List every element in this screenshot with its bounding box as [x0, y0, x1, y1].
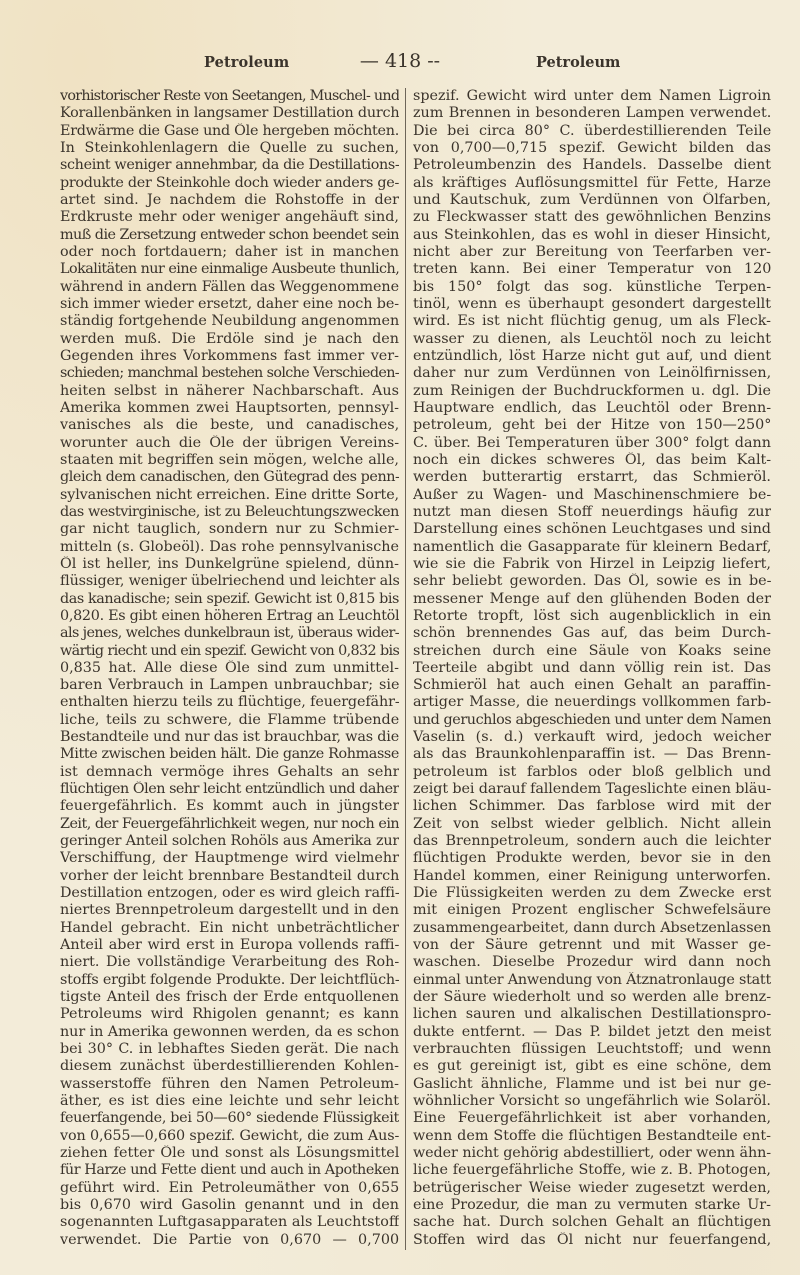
text-line: Petroleumbenzin des Handels. Dasselbe di…: [413, 157, 771, 174]
text-line: liche feuergefährliche Stoffe, wie z. B.…: [413, 1162, 771, 1179]
text-line: nicht aber zur Bereitung von Teerfarben …: [413, 244, 771, 261]
text-line: von der Säure getrennt und mit Wasser ge…: [413, 937, 771, 954]
text-line: sehr beliebt geworden. Das Öl, sowie es …: [413, 573, 771, 590]
text-line: betrügerischer Weise wieder zugesetzt we…: [413, 1180, 771, 1197]
text-line: der Säure wiederholt und so werden alle …: [413, 989, 771, 1006]
page-number: — 418 --: [340, 50, 460, 72]
text-line: flüchtigen Produkte werden, bevor sie in…: [413, 850, 771, 867]
text-line: das Brennpetroleum, sondern auch die lei…: [413, 833, 771, 850]
text-line: Gegenden ihres Vorkommens fast immer ver…: [60, 348, 399, 365]
text-line: zum Brennen in besonderen Lampen verwend…: [413, 105, 771, 122]
text-line: Darstellung eines schönen Leuchtgases un…: [413, 521, 771, 538]
text-line: oder noch fortdauern; daher ist in manch…: [60, 244, 399, 261]
text-line: mit einigen Prozent englischer Schwefels…: [413, 902, 771, 919]
text-line: ständig fortgehende Neubildung angenomme…: [60, 313, 399, 330]
text-line: Petroleums wird Rhigolen genannt; es kan…: [60, 1006, 399, 1023]
text-line: tigste Anteil des frisch der Erde entquo…: [60, 989, 399, 1006]
text-line: weder nicht gehörig abdestilliert, oder …: [413, 1145, 771, 1162]
text-line: treten kann. Bei einer Temperatur von 12…: [413, 261, 771, 278]
text-line: das kanadische; sein spezif. Gewicht ist…: [60, 591, 399, 608]
text-line: bei 30° C. in lebhaftes Sieden gerät. Di…: [60, 1041, 399, 1058]
text-line: streichen durch eine Säule von Koaks sei…: [413, 643, 771, 660]
text-line: gar nicht tauglich, sondern nur zu Schmi…: [60, 521, 399, 538]
text-line: Mitte zwischen beiden hält. Die ganze Ro…: [60, 746, 399, 763]
text-line: als das Braunkohlenparaffin ist. — Das B…: [413, 746, 771, 763]
text-line: als jenes, welches dunkelbraun ist, über…: [60, 625, 399, 642]
text-line: waschen. Dieselbe Prozedur wird dann noc…: [413, 954, 771, 971]
right-text-column: spezif. Gewicht wird unter dem Namen Lig…: [413, 88, 771, 1249]
text-line: sylvanischen nicht erreichen. Eine dritt…: [60, 487, 399, 504]
text-line: messener Menge auf den glühenden Boden d…: [413, 591, 771, 608]
text-line: geringer Anteil solchen Rohöls aus Ameri…: [60, 833, 399, 850]
text-line: 0,835 hat. Alle diese Öle sind zum unmit…: [60, 660, 399, 677]
text-line: aus Steinkohlen, das es wohl in dieser H…: [413, 227, 771, 244]
text-line: Die Flüssigkeiten werden zu dem Zwecke e…: [413, 885, 771, 902]
text-line: werden butterartig erstarrt, das Schmier…: [413, 469, 771, 486]
text-line: vorhistorischer Reste von Seetangen, Mus…: [60, 88, 399, 105]
text-line: lichen sauren und alkalischen Destillati…: [413, 1006, 771, 1023]
text-line: lichen Schimmer. Das farblose wird mit d…: [413, 798, 771, 815]
text-line: Handel gebracht. Ein nicht unbeträchtlic…: [60, 920, 399, 937]
text-line: noch ein dickes schweres Öl, das beim Ka…: [413, 452, 771, 469]
text-line: niertes Brennpetroleum dargestellt und i…: [60, 902, 399, 919]
text-line: feuerfangende, bei 50—60° siedende Flüss…: [60, 1110, 399, 1127]
text-line: es gut gereinigt ist, gibt es eine schön…: [413, 1058, 771, 1075]
text-line: C. über. Bei Temperaturen über 300° folg…: [413, 435, 771, 452]
text-line: baren Verbrauch in Lampen unbrauchbar; s…: [60, 677, 399, 694]
text-line: Öl ist heller, ins Dunkelgrüne spielend,…: [60, 556, 399, 573]
text-line: Außer zu Wagen- und Maschinenschmiere be…: [413, 487, 771, 504]
text-line: wird. Es ist nicht flüchtig genug, um al…: [413, 313, 771, 330]
text-line: zusammengearbeitet, dann durch Absetzenl…: [413, 920, 771, 937]
text-line: Schmieröl hat auch einen Gehalt an paraf…: [413, 677, 771, 694]
text-line: In Steinkohlenlagern die Quelle zu suche…: [60, 140, 399, 157]
text-line: wie sie die Fabrik von Hirzel in Leipzig…: [413, 556, 771, 573]
text-line: diesem zunächst überdestillierenden Kohl…: [60, 1058, 399, 1075]
text-line: Die bei circa 80° C. überdestillierenden…: [413, 123, 771, 140]
text-line: flüssiger, weniger übelriechend und leic…: [60, 573, 399, 590]
text-line: Zeit, der Feuergefährlichkeit wegen, nur…: [60, 816, 399, 833]
text-line: spezif. Gewicht wird unter dem Namen Lig…: [413, 88, 771, 105]
text-line: wöhnlicher Vorsicht so ungefährlich wie …: [413, 1093, 771, 1110]
text-line: entzündlich, löst Harze nicht gut auf, u…: [413, 348, 771, 365]
text-line: muß die Zersetzung entweder schon beende…: [60, 227, 399, 244]
text-line: mitteln (s. Globeöl). Das rohe pennsylva…: [60, 539, 399, 556]
text-line: dukte entfernt. — Das P. bildet jetzt de…: [413, 1024, 771, 1041]
text-line: und geruchlos abgeschieden und unter dem…: [413, 712, 771, 729]
text-line: namentlich die Gasapparate für kleinern …: [413, 539, 771, 556]
text-line: worunter auch die Öle der übrigen Verein…: [60, 435, 399, 452]
text-line: niert. Die vollständige Verarbeitung des…: [60, 954, 399, 971]
text-line: schieden; manchmal bestehen solche Versc…: [60, 365, 399, 382]
text-line: daher nur zum Verdünnen von Leinölfirnis…: [413, 365, 771, 382]
text-line: flüchtigen Ölen sehr leicht entzündlich …: [60, 781, 399, 798]
text-line: vorher der leicht brennbare Bestandteil …: [60, 868, 399, 885]
text-line: für Harze und Fette dient und auch in Ap…: [60, 1162, 399, 1179]
text-line: Anteil aber wird erst in Europa vollends…: [60, 937, 399, 954]
text-line: Eine Feuergefährlichkeit ist aber vorhan…: [413, 1110, 771, 1127]
text-line: von 0,655—0,660 spezif. Gewicht, die zum…: [60, 1128, 399, 1145]
text-line: 0,820. Es gibt einen höheren Ertrag an L…: [60, 608, 399, 625]
text-line: wärtig riecht und ein spezif. Gewicht vo…: [60, 643, 399, 660]
text-line: tinöl, wenn es überhaupt gesondert darge…: [413, 296, 771, 313]
text-line: Bestandteile und nur das ist brauchbar, …: [60, 729, 399, 746]
text-line: geführt wird. Ein Petroleumäther von 0,6…: [60, 1180, 399, 1197]
text-line: Retorte tropft, löst sich augenblicklich…: [413, 608, 771, 625]
text-line: zum Reinigen der Buchdruckformen u. dgl.…: [413, 383, 771, 400]
text-line: bis 150° folgt das sog. künstliche Terpe…: [413, 279, 771, 296]
text-line: vanisches als die beste, und canadisches…: [60, 417, 399, 434]
text-line: staaten mit begriffen sein mögen, welche…: [60, 452, 399, 469]
text-line: sache hat. Durch solchen Gehalt an flüch…: [413, 1214, 771, 1231]
text-line: verwendet. Die Partie von 0,670 — 0,700: [60, 1232, 399, 1249]
left-text-column: vorhistorischer Reste von Seetangen, Mus…: [60, 88, 399, 1249]
text-line: während in andern Fällen das Weggenommen…: [60, 279, 399, 296]
text-line: artet sind. Je nachdem die Rohstoffe in …: [60, 192, 399, 209]
text-line: Korallenbänken in langsamer Destillation…: [60, 105, 399, 122]
text-line: Lokalitäten nur eine einmalige Ausbeute …: [60, 261, 399, 278]
text-line: von 0,700—0,715 spezif. Gewicht bilden d…: [413, 140, 771, 157]
column-divider: [405, 88, 406, 1250]
text-line: eine Prozedur, die man zu vermuten stark…: [413, 1197, 771, 1214]
text-line: zeigt bei darauf fallendem Tageslichte e…: [413, 781, 771, 798]
text-line: scheint weniger annehmbar, da die Destil…: [60, 157, 399, 174]
text-line: und Kautschuk, zum Verdünnen von Ölfarbe…: [413, 192, 771, 209]
text-line: Vaselin (s. d.) verkauft wird, jedoch we…: [413, 729, 771, 746]
text-line: ist demnach vermöge ihres Gehalts an seh…: [60, 764, 399, 781]
text-line: petroleum ist farblos oder bloß gelblich…: [413, 764, 771, 781]
running-header-left-title: Petroleum: [204, 54, 289, 71]
text-line: liche, teils zu schwere, die Flamme trüb…: [60, 712, 399, 729]
text-line: einmal unter Anwendung von Ätznatronlaug…: [413, 972, 771, 989]
text-line: sich immer wieder ersetzt, daher eine no…: [60, 296, 399, 313]
text-line: wenn dem Stoffe die flüchtigen Bestandte…: [413, 1128, 771, 1145]
running-header-right-title: Petroleum: [536, 54, 620, 71]
text-line: sogenannten Luftgasapparaten als Leuchts…: [60, 1214, 399, 1231]
text-line: Verschiffung, der Hauptmenge wird vielme…: [60, 850, 399, 867]
text-line: gleich dem canadischen, den Gütegrad des…: [60, 469, 399, 486]
text-line: Zeit von selbst wieder gelblich. Nicht a…: [413, 816, 771, 833]
text-line: Erdwärme die Gase und Öle hergeben möcht…: [60, 123, 399, 140]
text-line: äther, es ist dies eine leichte und sehr…: [60, 1093, 399, 1110]
text-line: Hauptware endlich, das Leuchtöl oder Bre…: [413, 400, 771, 417]
text-line: zu Fleckwasser statt des gewöhnlichen Be…: [413, 209, 771, 226]
text-line: feuergefährlich. Es kommt auch in jüngst…: [60, 798, 399, 815]
text-line: stoffs ergibt folgende Produkte. Der lei…: [60, 972, 399, 989]
text-line: das westvirginische, ist zu Beleuchtungs…: [60, 504, 399, 521]
text-line: verbrauchten flüssigen Leuchtstoff; und …: [413, 1041, 771, 1058]
text-line: heiten selbst in näherer Nachbarschaft. …: [60, 383, 399, 400]
text-line: wasser zu dienen, als Leuchtöl noch zu l…: [413, 331, 771, 348]
text-line: enthalten hierzu teils zu flüchtige, feu…: [60, 694, 399, 711]
text-line: Handel kommen, einer Reinigung unterworf…: [413, 868, 771, 885]
text-line: wasserstoffe führen den Namen Petroleum-: [60, 1076, 399, 1093]
text-line: schön brennendes Gas auf, das beim Durch…: [413, 625, 771, 642]
text-line: als kräftiges Auflösungsmittel für Fette…: [413, 175, 771, 192]
running-header: Petroleum — 418 -- Petroleum: [0, 50, 800, 74]
text-line: bis 0,670 wird Gasolin genannt und in de…: [60, 1197, 399, 1214]
text-line: nutzt man diesen Stoff neuerdings häufig…: [413, 504, 771, 521]
text-line: werden muß. Die Erdöle sind je nach den: [60, 331, 399, 348]
text-line: petroleum, geht bei der Hitze von 150—25…: [413, 417, 771, 434]
text-line: Gaslicht ähnliche, Flamme und ist bei nu…: [413, 1076, 771, 1093]
text-line: nur in Amerika gewonnen werden, da es sc…: [60, 1024, 399, 1041]
text-line: Amerika kommen zwei Hauptsorten, pennsyl…: [60, 400, 399, 417]
text-line: ziehen fetter Öle und sonst als Lösungsm…: [60, 1145, 399, 1162]
text-line: Stoffen wird das Öl nicht nur feuerfange…: [413, 1232, 771, 1249]
text-line: Destillation entzogen, oder es wird glei…: [60, 885, 399, 902]
text-line: artiger Masse, die neuerdings vollkommen…: [413, 694, 771, 711]
text-line: produkte der Steinkohle doch wieder ande…: [60, 175, 399, 192]
text-line: Teerteile abgibt und dann völlig rein is…: [413, 660, 771, 677]
text-line: Erdkruste mehr oder weniger angehäuft si…: [60, 209, 399, 226]
